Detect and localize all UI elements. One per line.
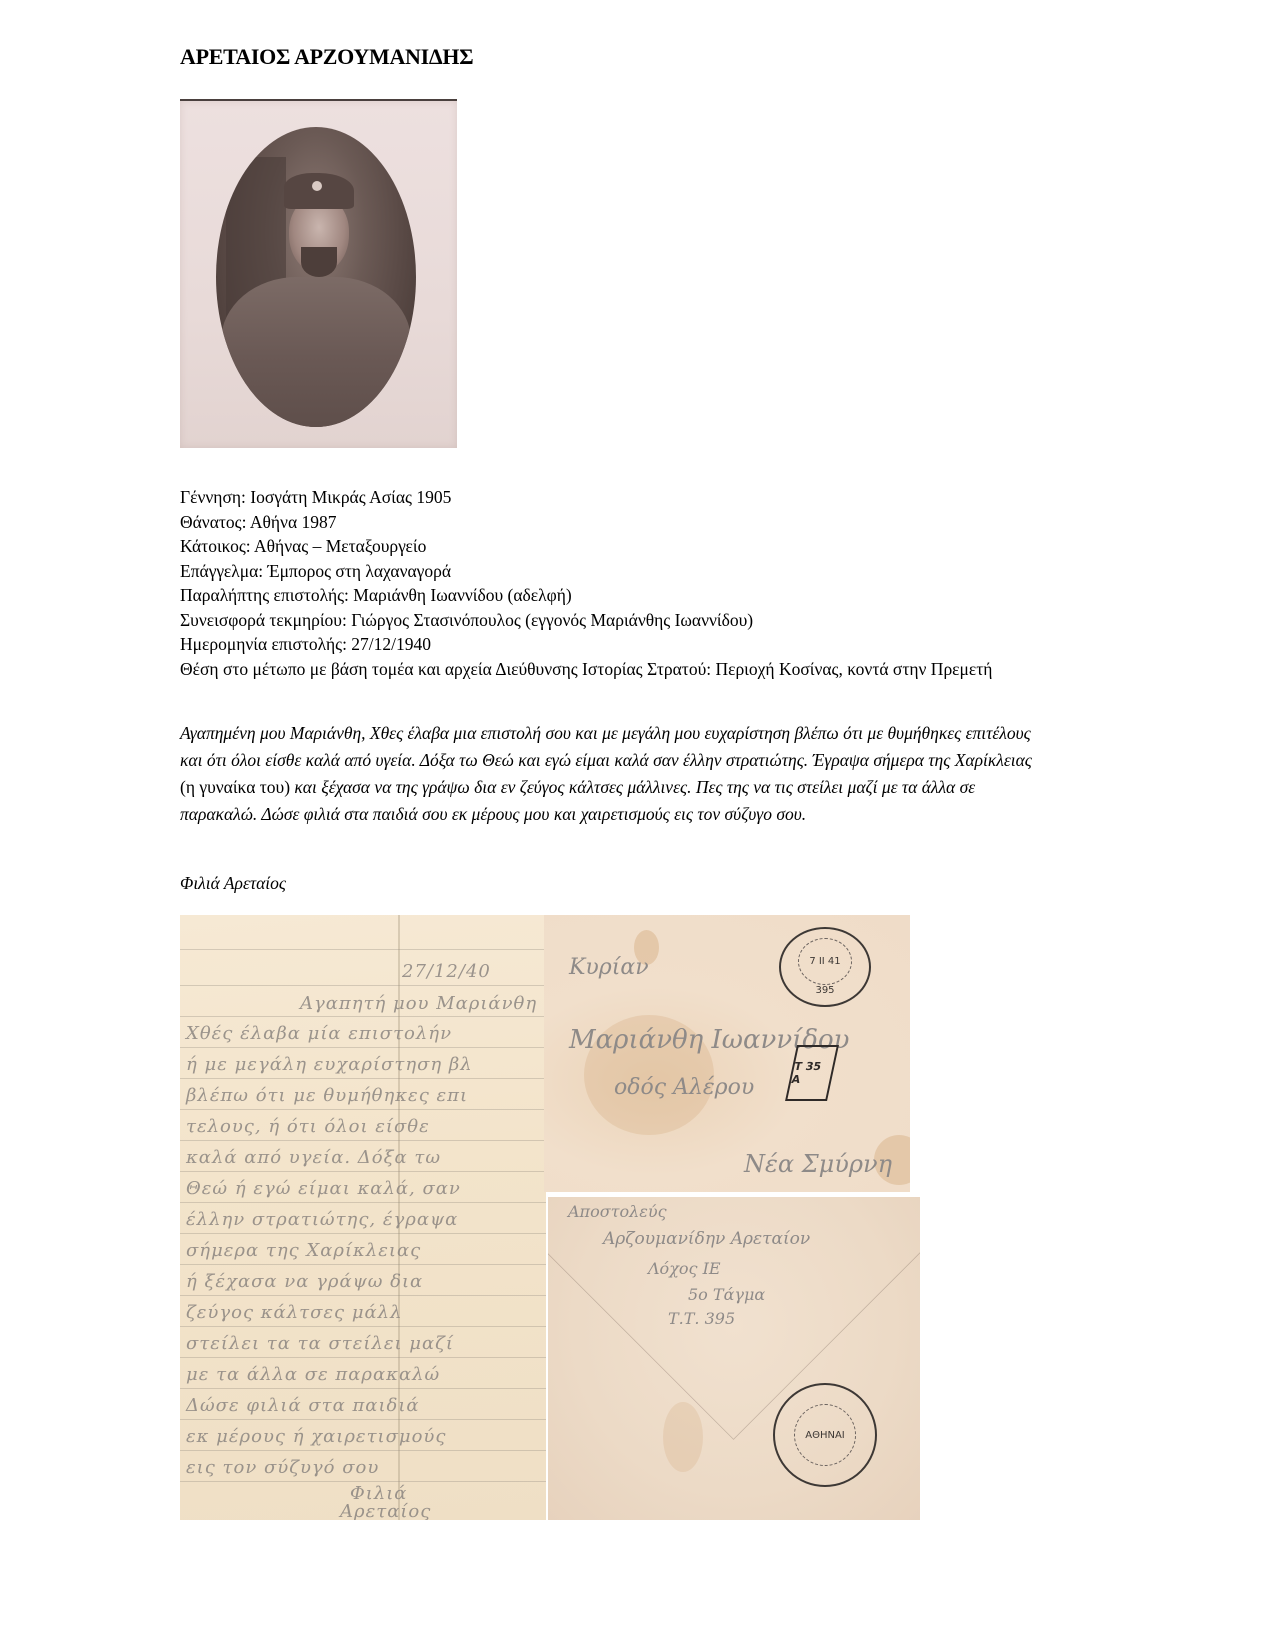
fact-letter-date: Ημερομηνία επιστολής: 27/12/1940 bbox=[180, 632, 1040, 657]
portrait-oval-frame bbox=[216, 127, 416, 427]
fact-residence: Κάτοικος: Αθήνας – Μεταξουργείο bbox=[180, 534, 1040, 559]
document-title: ΑΡΕΤΑΙΟΣ ΑΡΖΟΥΜΑΝΙΔΗΣ bbox=[180, 44, 473, 70]
cap-badge bbox=[312, 181, 322, 191]
fact-contributor: Συνεισφορά τεκμηρίου: Γιώργος Στασινόπου… bbox=[180, 608, 1040, 633]
fact-death: Θάνατος: Αθήνα 1987 bbox=[180, 510, 1040, 535]
letter-signoff: Φιλιά Αρεταίος bbox=[180, 873, 286, 894]
editorial-note: (η γυναίκα του) bbox=[180, 777, 290, 797]
handwritten-date: 27/12/40 bbox=[402, 961, 491, 982]
postmark-front: 7 II 41 395 bbox=[779, 927, 871, 1007]
soldier-coat bbox=[221, 277, 411, 427]
portrait-photo bbox=[180, 99, 457, 448]
fact-front-position: Θέση στο μέτωπο με βάση τομέα και αρχεία… bbox=[180, 657, 1040, 682]
soldier-cap bbox=[284, 173, 354, 209]
envelope-back-image: Αποστολεύς Αρζουμανίδην Αρεταίον Λόχος Ι… bbox=[548, 1197, 920, 1520]
letter-transcription: Αγαπημένη μου Μαριάνθη, Χθες έλαβα μια ε… bbox=[180, 720, 1040, 828]
postmark-back: ΑΘΗΝΑΙ bbox=[773, 1383, 877, 1487]
fact-birth: Γέννηση: Ιοσγάτη Μικράς Ασίας 1905 bbox=[180, 485, 1040, 510]
biographical-facts: Γέννηση: Ιοσγάτη Μικράς Ασίας 1905 Θάνατ… bbox=[180, 485, 1040, 681]
fact-recipient: Παραλήπτης επιστολής: Μαριάνθη Ιωαννίδου… bbox=[180, 583, 1040, 608]
envelope-front-image: 7 II 41 395 Κυρίαν Μαριάνθη Ιωαννίδου οδ… bbox=[544, 915, 910, 1192]
scanned-letter-image: 27/12/40 Αγαπητή μου Μαριάνθη Χθές έλαβα… bbox=[180, 915, 546, 1520]
fact-occupation: Επάγγελμα: Έμπορος στη λαχαναγορά bbox=[180, 559, 1040, 584]
